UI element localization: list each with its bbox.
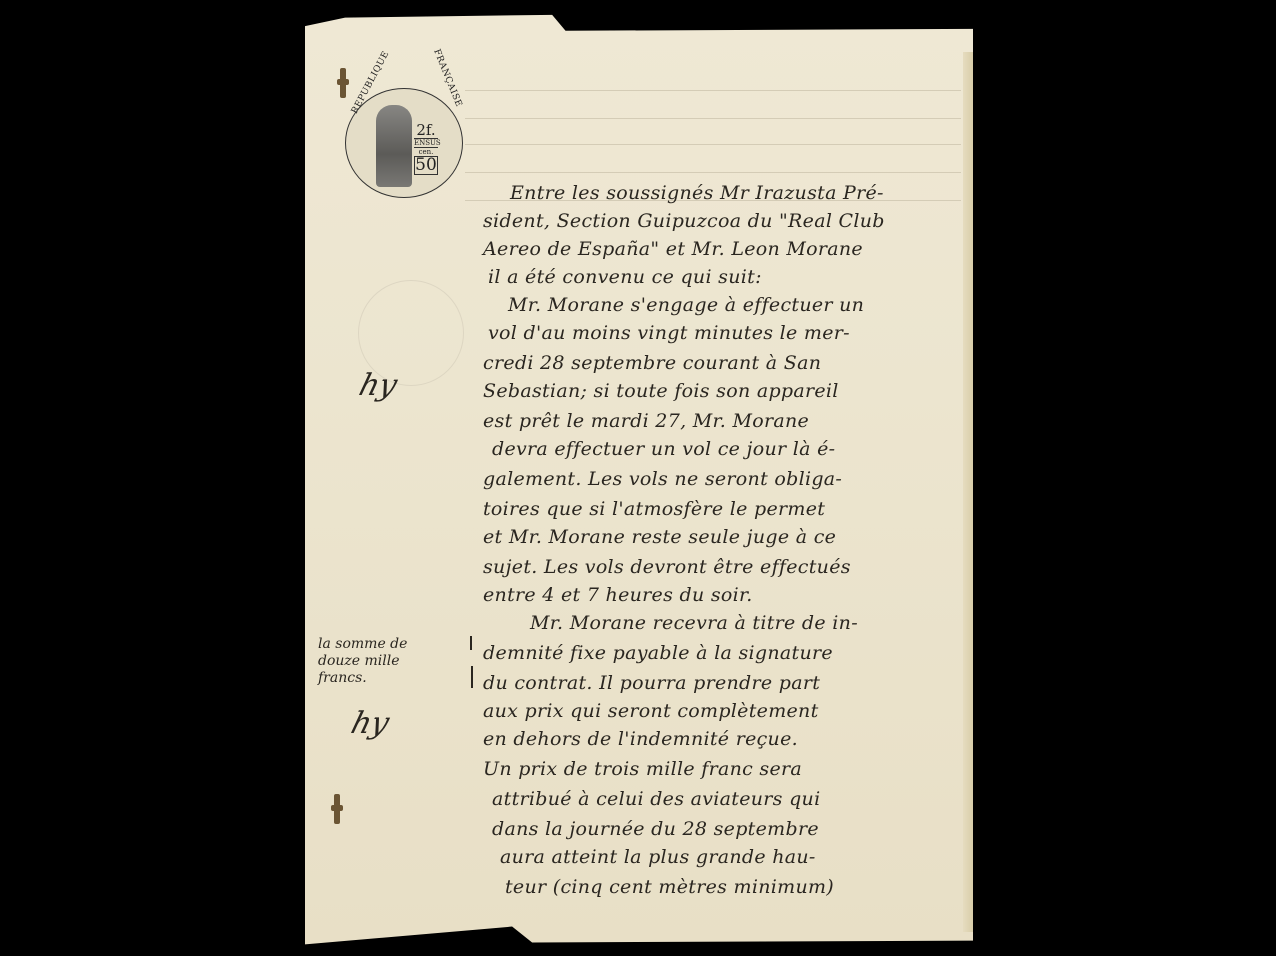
text-line: teur (cinq cent mètres minimum) (505, 876, 834, 898)
staple-bottom (334, 794, 340, 824)
text-line: aura atteint la plus grande hau- (500, 846, 816, 868)
ruled-line (465, 144, 961, 145)
marianne-figure-icon (376, 105, 412, 187)
revenue-stamp: REPUBLIQUE FRANÇAISE 2f. ENSUS cen. 50 (345, 88, 463, 198)
text-line: Mr. Morane s'engage à effectuer un (508, 294, 864, 316)
paper-edge (963, 52, 973, 932)
text-line: Aereo de España" et Mr. Leon Morane (483, 238, 863, 260)
text-line: devra effectuer un vol ce jour là é- (492, 438, 835, 460)
text-line: Un prix de trois mille franc sera (483, 758, 802, 780)
ruled-line (465, 172, 961, 173)
insertion-mark (471, 666, 473, 688)
text-line: Sebastian; si toute fois son appareil (483, 380, 839, 402)
text-line: est prêt le mardi 27, Mr. Morane (483, 410, 809, 432)
ruled-line (465, 90, 961, 91)
ruled-line (465, 118, 961, 119)
text-line: attribué à celui des aviateurs qui (492, 788, 820, 810)
text-line: dans la journée du 28 septembre (492, 818, 819, 840)
text-line: en dehors de l'indemnité reçue. (483, 728, 798, 750)
text-line: toires que si l'atmosfère le permet (483, 498, 825, 520)
insertion-mark (470, 636, 472, 650)
text-line: il a été convenu ce qui suit: (488, 266, 762, 288)
text-line: demnité fixe payable à la signature (483, 642, 833, 664)
text-line: et Mr. Morane reste seule juge à ce (483, 526, 836, 548)
stamp-value: 2f. ENSUS cen. 50 (414, 123, 438, 175)
margin-note: la somme de douze mille francs. (318, 636, 407, 687)
text-line: credi 28 septembre courant à San (483, 352, 821, 374)
text-line: du contrat. Il pourra prendre part (483, 672, 820, 694)
text-line: entre 4 et 7 heures du soir. (483, 584, 753, 606)
text-line: Mr. Morane recevra à titre de in- (530, 612, 858, 634)
text-line: Entre les soussignés Mr Irazusta Pré- (510, 182, 884, 204)
text-line: sident, Section Guipuzcoa du "Real Club (483, 210, 885, 232)
text-line: aux prix qui seront complètement (483, 700, 819, 722)
text-line: galement. Les vols ne seront obliga- (483, 468, 842, 490)
staple-top (340, 68, 346, 98)
text-line: vol d'au moins vingt minutes le mer- (488, 322, 850, 344)
text-line: sujet. Les vols devront être effectués (483, 556, 851, 578)
